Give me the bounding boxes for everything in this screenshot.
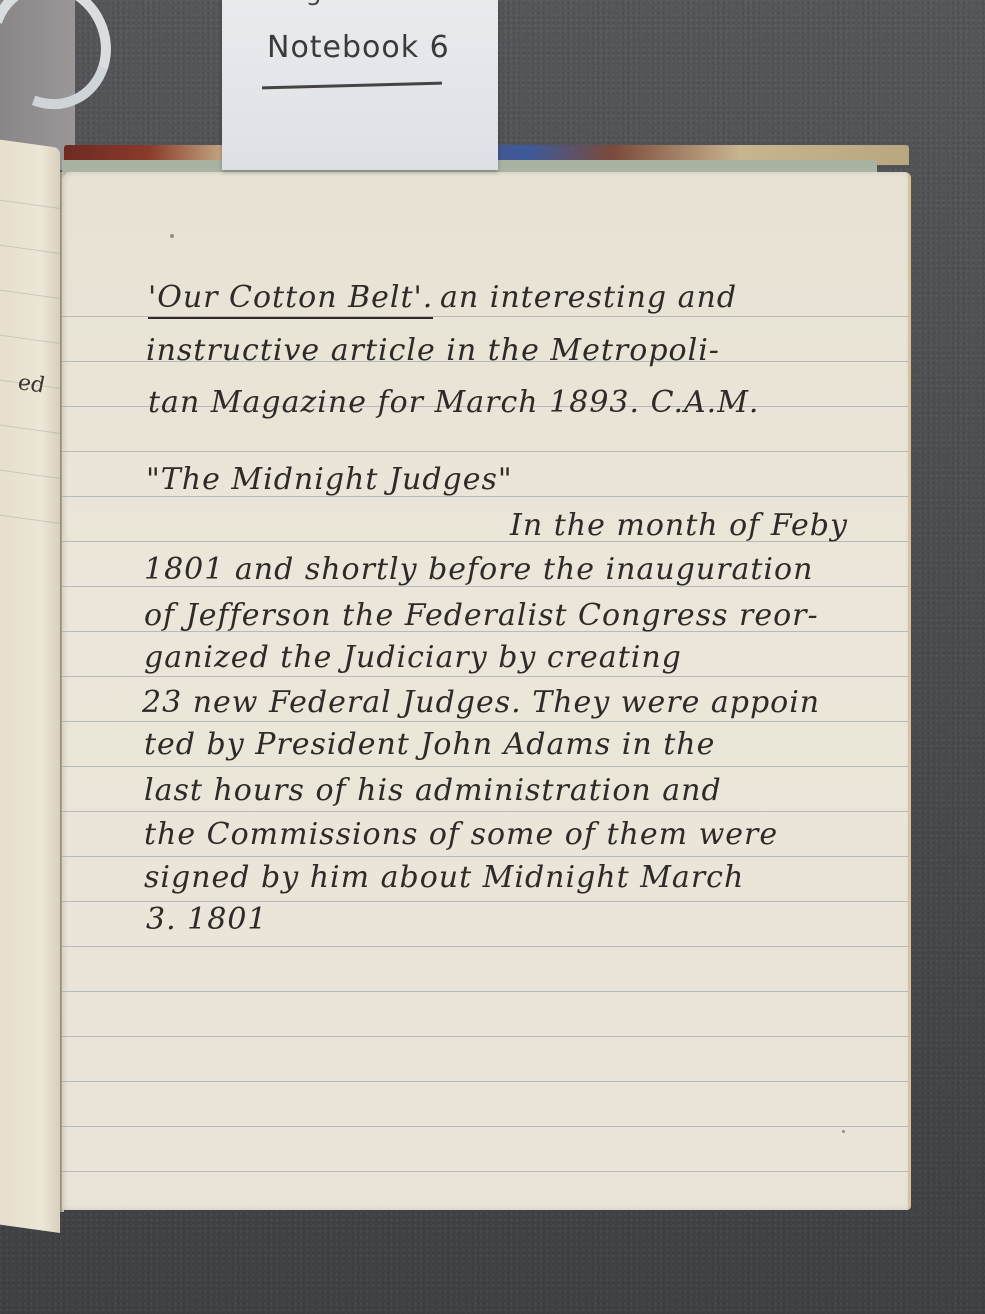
- handwritten-line: tan Magazine for March 1893. C.A.M.: [148, 385, 759, 420]
- notebook-page: 'Our Cotton Belt'. an interesting and in…: [62, 172, 911, 1210]
- handwritten-line: 23 new Federal Judges. They were appoin: [142, 685, 820, 720]
- handwritten-line: an interesting and: [440, 280, 737, 315]
- handwritten-line: of Jefferson the Federalist Congress reo…: [144, 598, 819, 633]
- handwritten-line: signed by him about Midnight March: [144, 860, 744, 895]
- handwritten-line: ted by President John Adams in the: [144, 727, 715, 762]
- handwritten-line: instructive article in the Metropoli-: [146, 333, 720, 368]
- handwritten-line: last hours of his administration and: [144, 773, 722, 808]
- slip-underline: [262, 82, 442, 90]
- handwritten-line: In the month of Feby: [510, 508, 848, 543]
- ink-dot: [170, 234, 174, 238]
- ink-dot: [842, 1130, 845, 1133]
- archival-label-slip: 5 Notebook 6: [222, 0, 498, 170]
- handwritten-line: ganized the Judiciary by creating: [144, 640, 682, 675]
- slip-label: Notebook 6: [267, 30, 450, 65]
- left-page-fragment: ed: [18, 370, 45, 399]
- heading-our-cotton-belt: 'Our Cotton Belt'.: [148, 280, 433, 319]
- handwritten-line: the Commissions of some of them were: [144, 817, 778, 852]
- slip-top-fragment: 5: [307, 0, 321, 11]
- heading-midnight-judges: "The Midnight Judges": [146, 462, 513, 497]
- handwritten-line: 1801 and shortly before the inauguration: [144, 552, 813, 587]
- left-facing-page: ed: [0, 140, 60, 1233]
- handwritten-line: 3. 1801: [146, 902, 268, 937]
